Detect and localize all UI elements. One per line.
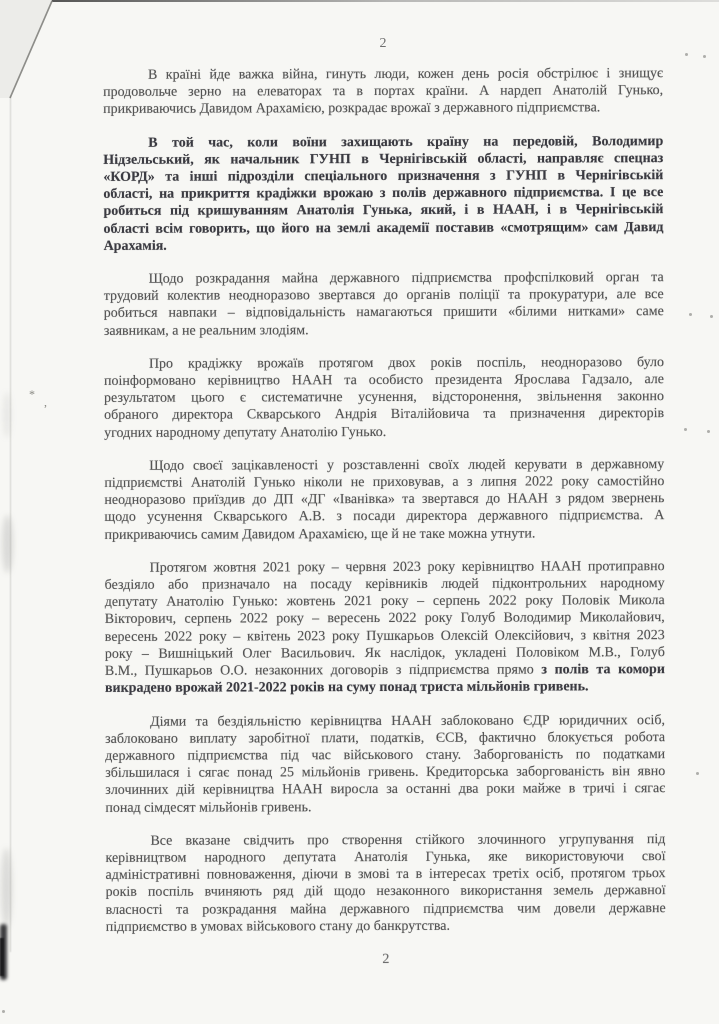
text-line: злочинних дій керівництва НААН виросла з… <box>105 780 665 799</box>
paragraph: Щодо своєї зацікавленості у розставленні… <box>104 456 664 544</box>
text-line: керівництвом народного депутата Анатолія… <box>105 848 665 867</box>
text-line: заблоковано виплату заробітної плати, по… <box>105 729 665 748</box>
text-segment: В країні йде важка війна, гинуть люди, к… <box>148 66 663 83</box>
paragraph: В той час, коли воїни захищають країну н… <box>103 133 663 255</box>
text-line: адміністративні повноваження, діючи в зм… <box>106 865 666 884</box>
scan-speck <box>689 313 692 316</box>
text-segment: щодо усунення Скварського А.В. з посади … <box>104 509 664 526</box>
scan-char-speck: , <box>44 396 47 408</box>
text-line: В той час, коли воїни захищають країну н… <box>103 133 663 152</box>
text-line: обраного директора Скварського Андрія Ві… <box>104 406 664 425</box>
text-line: неодноразово приїздив до ДП «ДГ «Іванівк… <box>104 490 664 509</box>
text-line: Все вказане свідчить про створення стійк… <box>105 831 665 850</box>
text-line: Щодо своєї зацікавленості у розставленні… <box>104 456 664 475</box>
scan-ink-blob-core <box>0 938 4 976</box>
scan-speck <box>2 1010 5 1013</box>
bold-text-segment: викрадено врожай 2021-2022 років на суму… <box>105 680 589 697</box>
text-segment: збільшилася і сягає понад 25 мільйонів г… <box>105 764 665 781</box>
text-segment: Все вказане свідчить про створення стійк… <box>150 832 665 849</box>
scan-speck <box>707 430 710 433</box>
bold-text-segment: Нідзельський, як начальник ГУНП в Черніг… <box>103 151 663 168</box>
text-segment: результатом цього є систематичне усуненн… <box>104 389 664 406</box>
text-segment: років поспіль вчиняють ряд дій щодо неза… <box>106 883 666 900</box>
text-line: заявникам, а не реальним злодіям. <box>104 321 664 340</box>
scan-speck <box>684 428 687 431</box>
text-line: збільшилася і сягає понад 25 мільйонів г… <box>105 763 665 782</box>
text-line: щодо усунення Скварського А.В. з посади … <box>104 508 664 527</box>
text-segment: депутату Анатолію Гунько: жовтень 2021 р… <box>105 593 665 610</box>
text-line: поінформовано керівництво НААН та особис… <box>104 371 664 390</box>
text-line: Про крадіжку врожаїв протягом двох років… <box>104 354 664 373</box>
text-line: В країні йде важка війна, гинуть люди, к… <box>103 65 663 84</box>
text-line: Арахамія. <box>104 236 664 255</box>
text-segment: неодноразово приїздив до ДП «ДГ «Іванівк… <box>104 491 664 508</box>
text-segment: Про крадіжку врожаїв протягом двох років… <box>149 355 664 372</box>
text-segment: В.М., Пушкарьов О.О. незаконних договорі… <box>105 663 542 679</box>
text-line: Вікторович, серпень 2022 року – вересень… <box>105 610 665 629</box>
text-segment: злочинних дій керівництва НААН виросла з… <box>105 781 665 798</box>
paragraph: Діями та бездіяльністю керівництва НААН … <box>105 712 665 817</box>
text-line: трудовий колектив неодноразово звертався… <box>104 286 664 305</box>
paragraph: В країні йде важка війна, гинуть люди, к… <box>103 65 663 118</box>
text-segment: Вікторович, серпень 2022 року – вересень… <box>105 611 665 628</box>
text-line: року – Вишніцький Олег Васильович. Як на… <box>105 644 665 663</box>
text-segment: заблоковано виплату заробітної плати, по… <box>105 730 665 747</box>
scan-smudge <box>1 848 12 928</box>
bold-text-segment: «КОРД» та інші підрозділи спеціального п… <box>103 168 663 185</box>
text-line: викрадено врожай 2021-2022 років на суму… <box>105 678 665 697</box>
scan-char-speck: * <box>29 388 35 400</box>
text-segment: заявникам, а не реальним злодіям. <box>104 323 309 339</box>
text-line: вересень 2022 року – квітень 2023 року П… <box>105 627 665 646</box>
paragraph: Щодо розкрадання майна державного підпри… <box>104 269 664 340</box>
scan-speck <box>703 55 706 58</box>
paragraph: Все вказане свідчить про створення стійк… <box>105 831 665 936</box>
text-segment: власності та розкрадання майна державног… <box>106 901 666 918</box>
bold-text-segment: області, на прикриття крадіжки врожаю з … <box>103 185 663 202</box>
bold-text-segment: області всім говорить, що його на землі … <box>103 220 663 237</box>
text-line: результатом цього є систематичне усуненн… <box>104 388 664 407</box>
text-line: Діями та бездіяльністю керівництва НААН … <box>105 712 665 731</box>
text-line: власності та розкрадання майна державног… <box>106 900 666 919</box>
text-line: «КОРД» та інші підрозділи спеціального п… <box>103 167 663 186</box>
scanned-document-page: { "page": { "number_top": "2", "number_b… <box>0 0 719 1024</box>
text-line: продовольче зерно на елеваторах та в пор… <box>103 82 663 101</box>
text-segment: трудовий колектив неодноразово звертався… <box>104 287 664 304</box>
text-line: прикриваючись Давидом Арахамією, розкрад… <box>103 100 663 119</box>
text-segment: Протягом жовтня 2021 року – червня 2023 … <box>150 559 665 576</box>
text-segment: Щодо розкрадання майна державного підпри… <box>149 270 664 287</box>
text-line: Протягом жовтня 2021 року – червня 2023 … <box>105 558 665 577</box>
text-line: робиться навпаки – відповідальність нама… <box>104 304 664 323</box>
scan-top-edge-shadow <box>0 0 719 2</box>
text-segment: керівництвом народного депутата Анатолія… <box>105 849 665 866</box>
text-line: бездіяло або призначало на посаду керівн… <box>105 575 665 594</box>
text-segment: угодних народному депутату Анатолію Гунь… <box>104 425 386 441</box>
scan-speck <box>685 53 688 56</box>
text-segment: вересень 2022 року – квітень 2023 року П… <box>105 628 665 645</box>
bold-text-segment: робиться під кришуванням Анатолія Гунька… <box>103 203 663 220</box>
page-number-top: 2 <box>103 36 663 52</box>
scan-speck <box>696 772 699 775</box>
scan-corner-fold <box>0 0 70 110</box>
text-segment: прикриваючись самим Давидом Арахамією, щ… <box>104 526 535 542</box>
text-segment: продовольче зерно на елеваторах та в пор… <box>103 83 663 100</box>
bold-text-segment: Арахамія. <box>104 239 167 254</box>
text-line: прикриваючись самим Давидом Арахамією, щ… <box>104 525 664 544</box>
paragraph: Протягом жовтня 2021 року – червня 2023 … <box>105 558 665 697</box>
text-line: державного підприємства під час військов… <box>105 746 665 765</box>
text-line: В.М., Пушкарьов О.О. незаконних договорі… <box>105 661 665 680</box>
text-line: області всім говорить, що його на землі … <box>103 219 663 238</box>
text-segment: підприємстві Анатолій Гунько ніколи не п… <box>104 474 664 491</box>
text-segment: робиться навпаки – відповідальність нама… <box>104 305 664 322</box>
text-line: робиться під кришуванням Анатолія Гунька… <box>103 202 663 221</box>
scan-smudge <box>2 515 13 573</box>
bold-text-segment: В той час, коли воїни захищають країну н… <box>148 134 663 151</box>
text-segment: Щодо своєї зацікавленості у розставленні… <box>149 457 664 474</box>
text-line: угодних народному депутату Анатолію Гунь… <box>104 423 664 442</box>
text-line: Щодо розкрадання майна державного підпри… <box>104 269 664 288</box>
paragraph: Про крадіжку врожаїв протягом двох років… <box>104 354 664 442</box>
text-segment: прикриваючись Давидом Арахамією, розкрад… <box>103 101 600 118</box>
text-segment: поінформовано керівництво НААН та особис… <box>104 372 664 389</box>
text-segment: державного підприємства під час військов… <box>105 747 665 764</box>
text-line: підприємстві Анатолій Гунько ніколи не п… <box>104 473 664 492</box>
text-line: області, на прикриття крадіжки врожаю з … <box>103 184 663 203</box>
text-segment: понад сімдесят мільйонів гривень. <box>105 800 311 816</box>
text-segment: Діями та бездіяльністю керівництва НААН … <box>150 713 665 730</box>
text-segment: року – Вишніцький Олег Васильович. Як на… <box>105 645 665 662</box>
text-line: підприємство в умовах військового стану … <box>106 917 666 936</box>
text-segment: бездіяло або призначало на посаду керівн… <box>105 576 665 593</box>
text-line: депутату Анатолію Гунько: жовтень 2021 р… <box>105 592 665 611</box>
text-segment: підприємство в умовах військового стану … <box>106 919 450 935</box>
text-line: Нідзельський, як начальник ГУНП в Черніг… <box>103 150 663 169</box>
page-number-bottom: 2 <box>106 950 666 969</box>
text-segment: обраного директора Скварського Андрія Ві… <box>104 407 664 424</box>
text-line: років поспіль вчиняють ряд дій щодо неза… <box>106 882 666 901</box>
text-line: понад сімдесят мільйонів гривень. <box>105 798 665 817</box>
scan-speck <box>710 315 713 318</box>
text-segment: адміністративні повноваження, діючи в зм… <box>106 866 666 883</box>
document-body: В країні йде важка війна, гинуть люди, к… <box>103 65 666 969</box>
bold-text-segment: з полів та комори <box>541 662 665 677</box>
scan-smudge <box>3 392 11 438</box>
